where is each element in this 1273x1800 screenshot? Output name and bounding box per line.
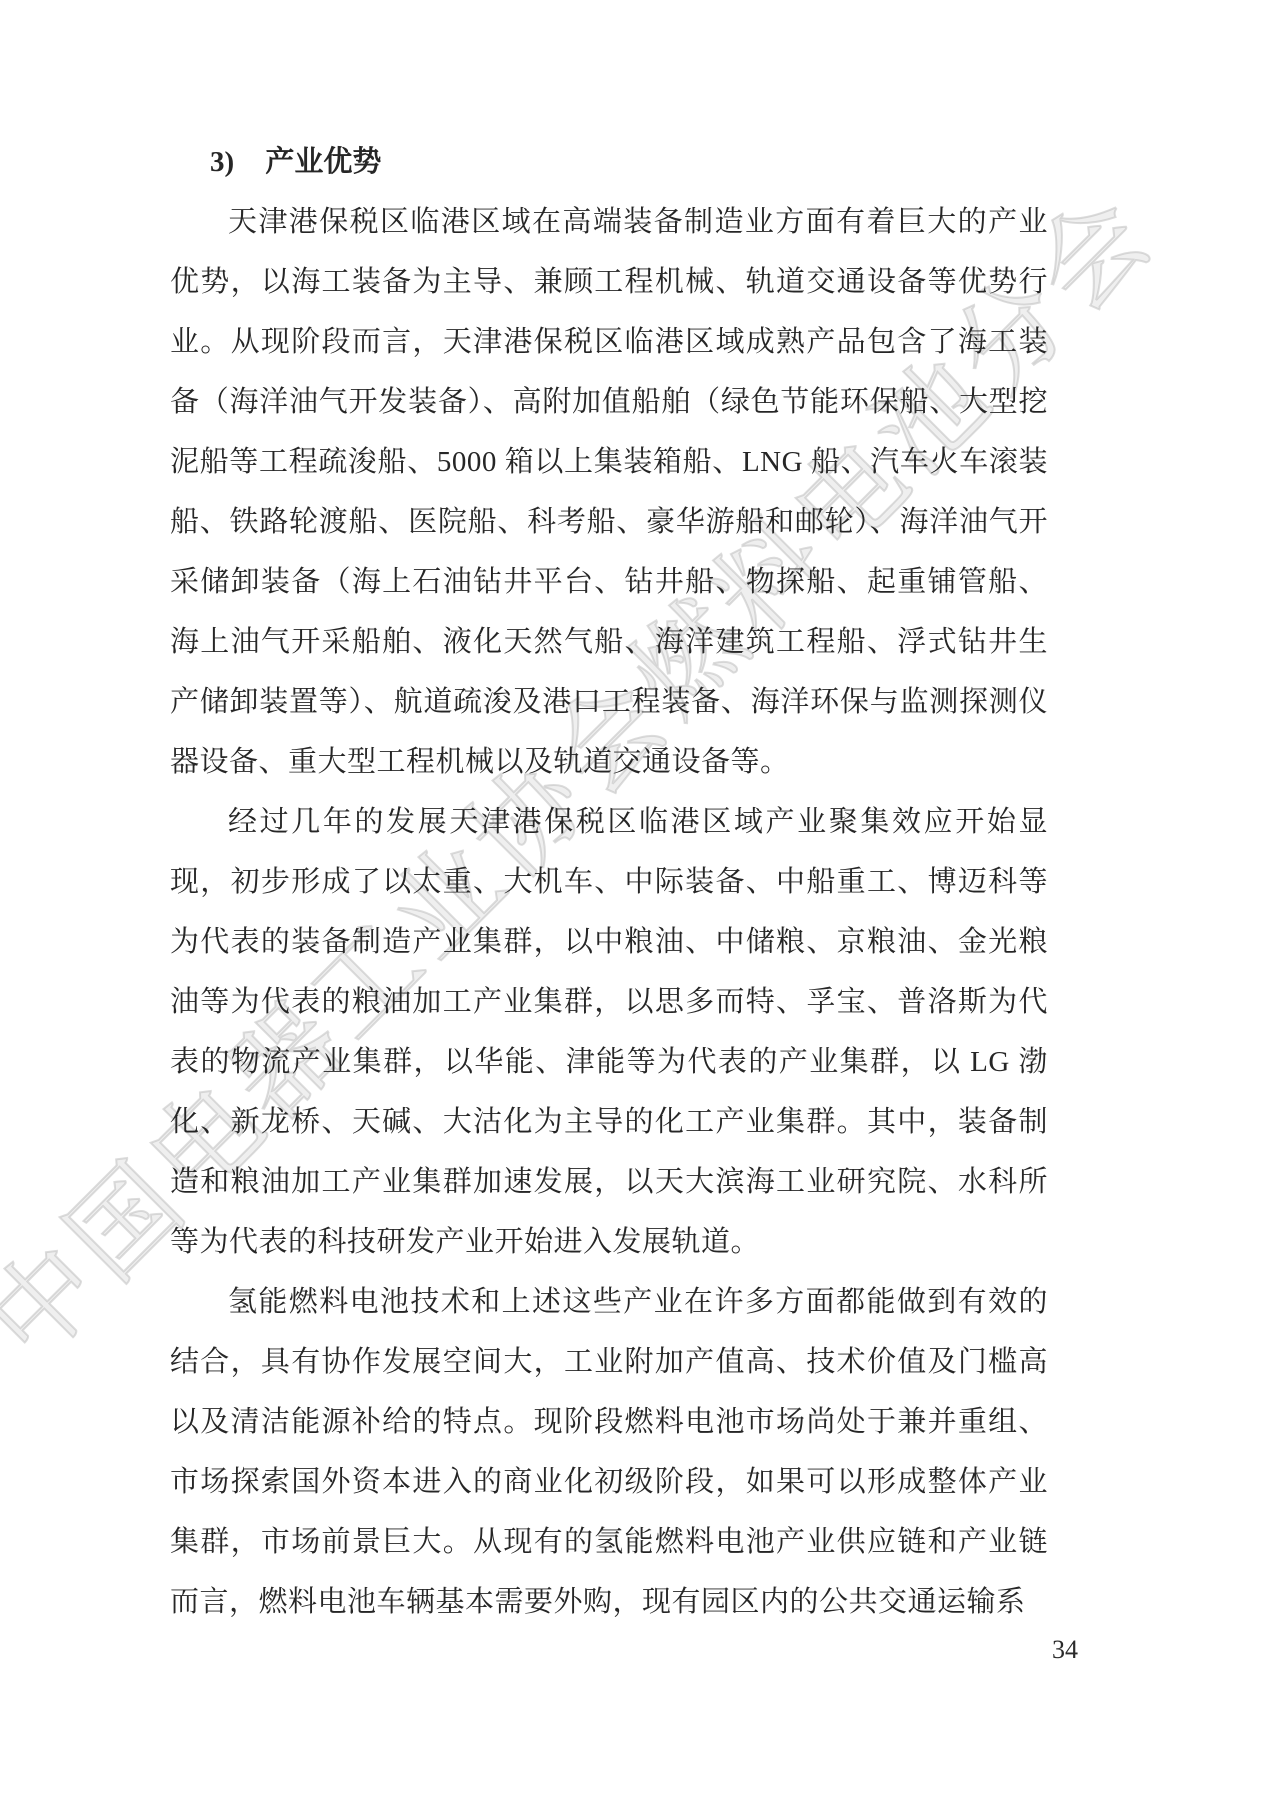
section-heading: 3) 产业优势 <box>210 132 1048 192</box>
heading-title: 产业优势 <box>265 146 381 178</box>
document-page: 中国电器工业协会燃料电池分会 3) 产业优势 天津港保税区临港区域在高端装备制造… <box>0 0 1273 1800</box>
page-content: 3) 产业优势 天津港保税区临港区域在高端装备制造业方面有着巨大的产业优势，以海… <box>170 132 1048 1632</box>
paragraph-industry-clusters: 经过几年的发展天津港保税区临港区域产业聚集效应开始显现，初步形成了以太重、大机车… <box>170 792 1048 1272</box>
paragraph-fuel-cell-integration: 氢能燃料电池技术和上述这些产业在许多方面都能做到有效的结合，具有协作发展空间大，… <box>170 1272 1048 1632</box>
heading-number: 3) <box>210 146 234 178</box>
paragraph-industry-advantage: 天津港保税区临港区域在高端装备制造业方面有着巨大的产业优势，以海工装备为主导、兼… <box>170 192 1048 792</box>
page-number: 34 <box>1052 1634 1078 1666</box>
